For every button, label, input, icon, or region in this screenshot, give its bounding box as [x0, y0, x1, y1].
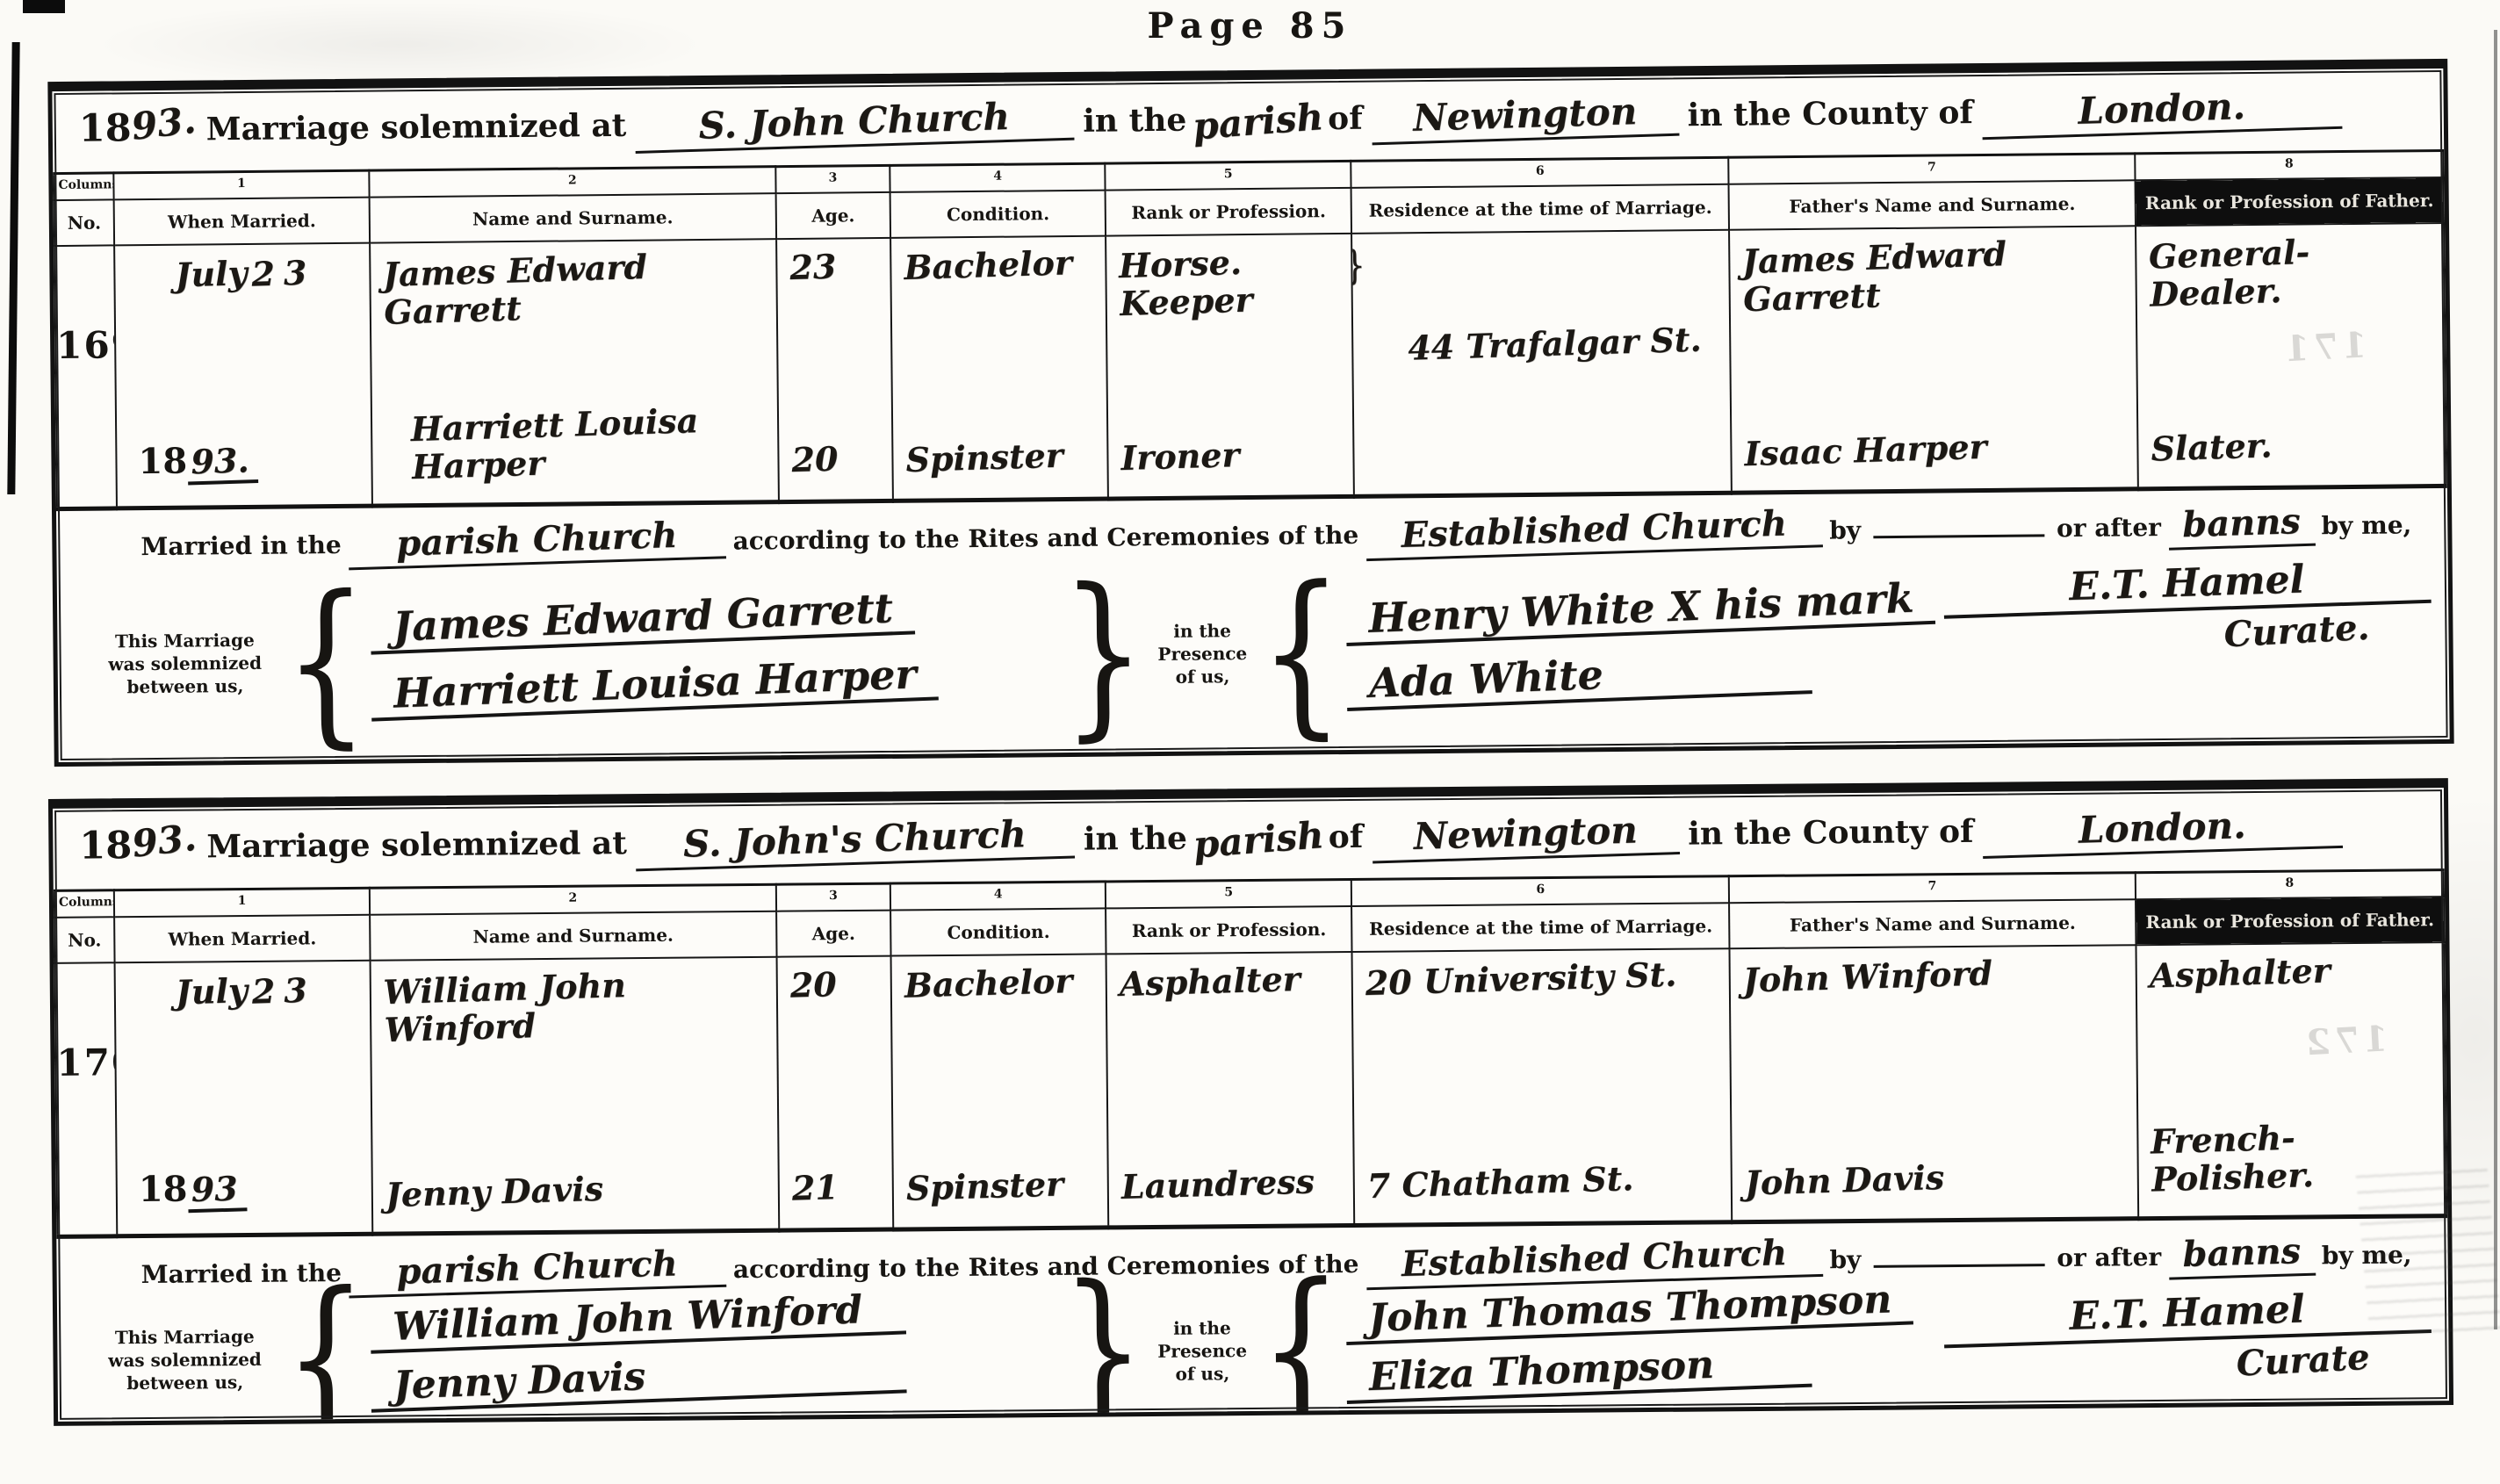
column-number-8: 8: [2135, 150, 2443, 179]
header-condition: Condition.: [890, 908, 1106, 955]
bleed-through-number: 171: [2279, 324, 2367, 370]
witness-signatures: Henry White X his mark Ada White: [1346, 554, 1945, 745]
groom-name: William John Winford: [383, 962, 770, 1048]
bride-condition: Spinster: [906, 1165, 1101, 1208]
bride-age: 20: [791, 439, 886, 479]
witness-signatures: John Thomas Thompson Eliza Thompson: [1346, 1284, 1944, 1410]
ink-brace-icon: {: [1258, 564, 1344, 742]
this-marriage-label: This Marriage was solemnized between us,: [89, 629, 281, 699]
groom-father-name: John Winford: [1743, 950, 2129, 999]
parish-word: parish: [1191, 95, 1324, 148]
header-residence: Residence at the time of Marriage.: [1352, 903, 1730, 952]
header-no: No.: [54, 199, 115, 246]
groom-signature: William John Winford: [370, 1284, 906, 1353]
column-number-1: 1: [113, 170, 369, 199]
register-table-170: Columns. 1 2 3 4 5 6 7 8 No. When Marrie…: [54, 868, 2447, 1239]
bride-profession: Ironer: [1120, 434, 1346, 478]
when-married-year: 1893: [130, 1167, 365, 1213]
of-label: of: [1328, 100, 1363, 137]
by-me-label: by me,: [2321, 510, 2411, 540]
when-married-year: 1893.: [129, 439, 364, 485]
county-name: London.: [1981, 82, 2342, 140]
bride-profession: Laundress: [1120, 1163, 1346, 1207]
column-number-4: 4: [890, 882, 1106, 910]
column-number-5: 5: [1105, 161, 1351, 190]
groom-father-profession: Asphalter: [2149, 948, 2437, 994]
column-number-1: 1: [114, 888, 370, 917]
scan-edge-artifact: [7, 42, 19, 494]
solemnized-at-label: Marriage solemnized at: [206, 825, 627, 865]
header-father-rank: Rank or Profession of Father.: [2136, 897, 2445, 945]
blank-rule: [1873, 508, 2044, 538]
columns-corner-label: Columns.: [54, 890, 114, 918]
column-number-6: 6: [1351, 876, 1729, 906]
county-name: London.: [1982, 801, 2343, 859]
banns-fill: banns: [2167, 501, 2315, 551]
groom-profession: Asphalter: [1119, 959, 1344, 1003]
church-name: S. John Church: [635, 93, 1075, 154]
year-prefix: 18: [138, 441, 187, 483]
bride-age: 21: [791, 1168, 886, 1208]
couple-signatures: William John Winford Jenny Davis: [371, 1292, 1058, 1419]
by-label: by: [1829, 515, 1861, 544]
groom-residence: 20 University St.: [1365, 955, 1723, 1003]
header-age: Age.: [776, 910, 891, 956]
witness-signature-2: Ada White: [1345, 641, 1812, 711]
in-the-label: in the: [1083, 102, 1186, 140]
banns-fill: banns: [2167, 1230, 2315, 1280]
solemnized-at-label: Marriage solemnized at: [206, 107, 627, 148]
column-number-8: 8: [2136, 870, 2444, 899]
groom-condition: Bachelor: [904, 962, 1099, 1005]
bride-signature: Jenny Davis: [370, 1343, 906, 1412]
bride-father-name: John Davis: [1745, 1154, 2131, 1203]
presence-line1: in the: [1149, 1316, 1256, 1340]
bride-signature: Harriett Louisa Harper: [371, 647, 940, 721]
this-marriage-line1: This Marriage: [89, 629, 280, 653]
column-number-7: 7: [1729, 873, 2136, 903]
bride-residence: 7 Chatham St.: [1367, 1158, 1725, 1207]
marriage-record-170: 1893. Marriage solemnized at S. John's C…: [48, 778, 2453, 1426]
couple-signatures: James Edward Garrett Harriett Louisa Har…: [371, 563, 1059, 753]
header-age: Age.: [775, 191, 890, 238]
married-in-fill: parish Church: [348, 1242, 726, 1299]
header-name-surname: Name and Surname.: [370, 911, 776, 960]
presence-line2: Presence: [1149, 1339, 1256, 1363]
presence-line3: of us,: [1149, 665, 1256, 688]
groom-age: 20: [789, 964, 884, 1005]
parish-name: Newington: [1371, 89, 1679, 146]
this-marriage-line2: was solemnized: [90, 652, 281, 676]
register-table-169: Columns. 1 2 3 4 5 6 7 8 No. When Marrie…: [53, 149, 2447, 511]
bride-name: Jenny Davis: [385, 1166, 771, 1215]
joint-residence: 44 Trafalgar St.: [1408, 321, 1702, 368]
column-number-6: 6: [1351, 157, 1729, 187]
year-prefix: 18: [79, 106, 132, 151]
record-number: 169: [56, 323, 114, 367]
signature-section-170: This Marriage was solemnized between us,…: [57, 1276, 2449, 1426]
column-number-3: 3: [776, 883, 891, 911]
ink-brace-icon: }: [1061, 1263, 1146, 1426]
or-after-label: or after: [2057, 1243, 2161, 1272]
this-marriage-line1: This Marriage: [89, 1325, 280, 1350]
year-prefix: 18: [139, 1169, 188, 1210]
officiant-block: E.T. Hamel Curate.: [1943, 550, 2432, 738]
header-rank-profession: Rank or Profession.: [1106, 905, 1352, 953]
column-number-7: 7: [1729, 154, 2136, 184]
groom-father-profession: General- Dealer.: [2148, 229, 2438, 313]
bride-condition: Spinster: [905, 436, 1100, 479]
groom-name: James Edward Garrett: [383, 244, 770, 330]
header-residence: Residence at the time of Marriage.: [1351, 184, 1729, 233]
when-married-day: 23: [251, 254, 316, 293]
bride-father-profession: Slater.: [2151, 422, 2439, 469]
married-in-fill: parish Church: [348, 513, 726, 570]
in-the-label: in the: [1084, 820, 1187, 858]
year-script: 93.: [130, 816, 198, 866]
scan-edge-artifact: [2494, 30, 2497, 1329]
record-number: 170: [56, 1041, 114, 1084]
county-of-label: in the County of: [1687, 94, 1973, 133]
header-father-name: Father's Name and Surname.: [1729, 899, 2136, 948]
header-when-married: When Married.: [114, 914, 371, 962]
married-in-the-label: Married in the: [140, 530, 342, 561]
header-when-married: When Married.: [114, 197, 371, 245]
record-entries-row: 170 July 23 1893 William John Winford Je…: [55, 942, 2447, 1237]
bleed-through-smudge: [2356, 1163, 2500, 1349]
ink-brace-icon: {: [1258, 1261, 1344, 1426]
presence-line2: Presence: [1149, 642, 1256, 666]
marriage-record-169: 1893. Marriage solemnized at S. John Chu…: [47, 59, 2453, 767]
year-script: 93: [187, 1171, 247, 1214]
parish-word: parish: [1192, 813, 1325, 867]
presence-line3: of us,: [1149, 1362, 1256, 1386]
bride-father-name: Isaac Harper: [1744, 424, 2130, 473]
column-number-3: 3: [775, 165, 890, 192]
groom-age: 23: [789, 246, 883, 286]
or-after-label: or after: [2057, 513, 2161, 543]
when-married-day: 23: [251, 971, 316, 1011]
witness-signature-1: John Thomas Thompson: [1344, 1274, 1913, 1345]
ink-brace-icon: {: [284, 1270, 369, 1426]
officiant-block: E.T. Hamel Curate: [1943, 1279, 2432, 1405]
header-father-name: Father's Name and Surname.: [1729, 180, 2136, 229]
presence-label: in the Presence of us,: [1149, 619, 1257, 688]
presence-label: in the Presence of us,: [1149, 1316, 1257, 1386]
signature-section-169: This Marriage was solemnized between us,…: [57, 546, 2450, 764]
parish-name: Newington: [1372, 807, 1680, 863]
column-number-4: 4: [890, 163, 1106, 191]
page-number: Page 85: [0, 5, 2500, 47]
when-married-month: July: [174, 255, 247, 294]
ink-brace-icon: }: [1351, 242, 1365, 287]
header-rank-profession: Rank or Profession.: [1106, 187, 1352, 235]
of-label: of: [1329, 818, 1364, 855]
presence-line1: in the: [1149, 619, 1256, 643]
groom-father-name: James Edward Garrett: [1742, 231, 2129, 317]
columns-corner-label: Columns.: [54, 173, 113, 200]
witness-signature-2: Eliza Thompson: [1345, 1337, 1812, 1404]
blank-rule: [1873, 1238, 2044, 1268]
year-prefix: 18: [79, 824, 132, 868]
ink-brace-icon: {: [284, 573, 369, 751]
this-marriage-line2: was solemnized: [89, 1348, 280, 1372]
county-of-label: in the County of: [1688, 813, 1974, 853]
column-number-2: 2: [370, 884, 776, 914]
header-name-surname: Name and Surname.: [370, 193, 776, 242]
when-married-date: July 23: [127, 252, 363, 293]
year-script: 93.: [186, 442, 258, 485]
this-marriage-line3: between us,: [90, 1371, 281, 1395]
groom-condition: Bachelor: [904, 243, 1099, 286]
bleed-through-number: 172: [2300, 1018, 2388, 1063]
this-marriage-line3: between us,: [90, 674, 281, 699]
groom-profession: Horse. Keeper: [1119, 241, 1346, 322]
record-entries-row: 169 July 23 1893. James Edward Garrett H…: [54, 222, 2446, 508]
when-married-date: July 23: [128, 969, 364, 1011]
this-marriage-label: This Marriage was solemnized between us,: [89, 1325, 281, 1395]
bride-name: Harriett Louisa Harper: [384, 400, 771, 486]
header-no: No.: [54, 917, 114, 963]
by-label: by: [1829, 1245, 1861, 1274]
when-married-month: July: [175, 972, 248, 1012]
ink-brace-icon: }: [1061, 566, 1146, 744]
column-number-5: 5: [1106, 879, 1352, 907]
groom-signature: James Edward Garrett: [370, 581, 916, 654]
witness-signature-1: Henry White X his mark: [1344, 572, 1935, 646]
header-father-rank: Rank or Profession of Father.: [2135, 176, 2444, 225]
scan-edge-artifact: [23, 0, 65, 13]
year-script: 93.: [129, 98, 198, 148]
church-name: S. John's Church: [635, 811, 1075, 872]
column-number-2: 2: [369, 167, 775, 197]
header-condition: Condition.: [890, 190, 1106, 237]
